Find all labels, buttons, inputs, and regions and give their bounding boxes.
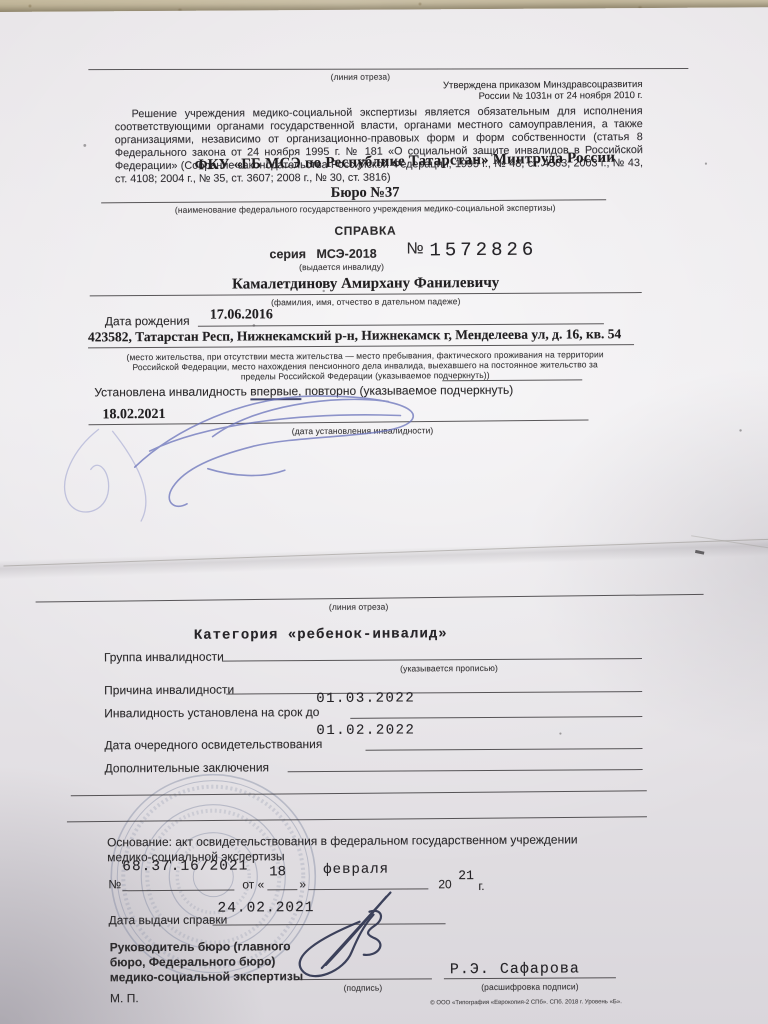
document-sheet: (линия отреза) Утверждена приказом Минзд… [0,7,768,1024]
pen-scribble-faint [64,429,146,521]
paper-mark [695,550,704,555]
fold-crease [3,539,768,566]
pen-and-crease-overlay [0,0,768,1024]
signature-stroke [299,893,391,977]
pen-scribble [134,395,413,506]
